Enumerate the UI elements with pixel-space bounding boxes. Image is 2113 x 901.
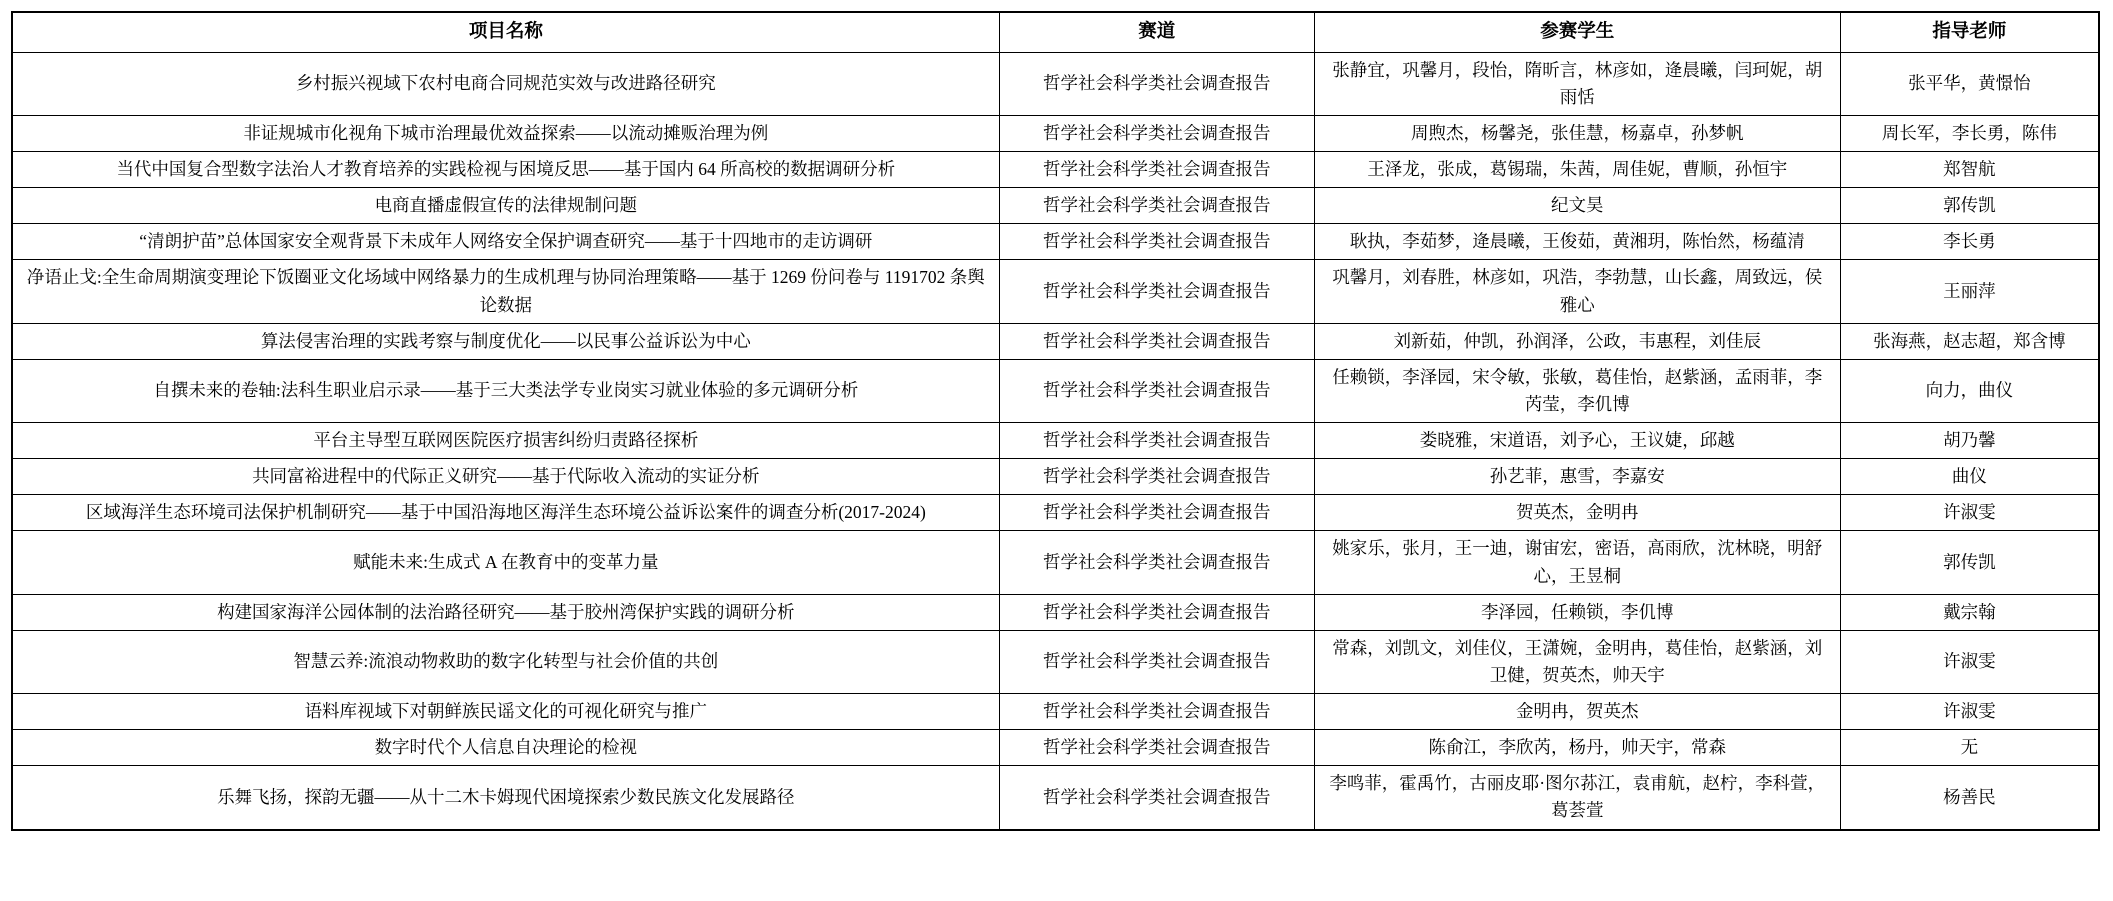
teachers-cell: 许淑雯 bbox=[1840, 630, 2099, 693]
table-row: 共同富裕进程中的代际正义研究——基于代际收入流动的实证分析 哲学社会科学类社会调… bbox=[12, 459, 2099, 495]
column-header-track: 赛道 bbox=[999, 12, 1314, 52]
competition-results-table: 项目名称 赛道 参赛学生 指导老师 乡村振兴视域下农村电商合同规范实效与改进路径… bbox=[11, 11, 2100, 831]
students-cell: 巩馨月，刘春胜，林彦如，巩浩，李勃慧，山长鑫，周致远，侯雅心 bbox=[1314, 260, 1840, 323]
teachers-cell: 郑智航 bbox=[1840, 152, 2099, 188]
column-header-project: 项目名称 bbox=[12, 12, 999, 52]
students-cell: 孙艺菲，惠雪，李嘉安 bbox=[1314, 459, 1840, 495]
teachers-cell: 杨善民 bbox=[1840, 766, 2099, 830]
teachers-cell: 李长勇 bbox=[1840, 224, 2099, 260]
table-row: 智慧云养:流浪动物救助的数字化转型与社会价值的共创 哲学社会科学类社会调查报告 … bbox=[12, 630, 2099, 693]
track-cell: 哲学社会科学类社会调查报告 bbox=[999, 52, 1314, 115]
project-name-cell: 数字时代个人信息自决理论的检视 bbox=[12, 730, 999, 766]
track-cell: 哲学社会科学类社会调查报告 bbox=[999, 323, 1314, 359]
table-row: 电商直播虚假宣传的法律规制问题 哲学社会科学类社会调查报告 纪文昊 郭传凯 bbox=[12, 188, 2099, 224]
table-body: 乡村振兴视域下农村电商合同规范实效与改进路径研究 哲学社会科学类社会调查报告 张… bbox=[12, 52, 2099, 829]
track-cell: 哲学社会科学类社会调查报告 bbox=[999, 359, 1314, 422]
track-cell: 哲学社会科学类社会调查报告 bbox=[999, 423, 1314, 459]
table-row: 区域海洋生态环境司法保护机制研究——基于中国沿海地区海洋生态环境公益诉讼案件的调… bbox=[12, 495, 2099, 531]
header-row: 项目名称 赛道 参赛学生 指导老师 bbox=[12, 12, 2099, 52]
table-row: 平台主导型互联网医院医疗损害纠纷归责路径探析 哲学社会科学类社会调查报告 娄晓雅… bbox=[12, 423, 2099, 459]
teachers-cell: 戴宗翰 bbox=[1840, 594, 2099, 630]
table-row: 乡村振兴视域下农村电商合同规范实效与改进路径研究 哲学社会科学类社会调查报告 张… bbox=[12, 52, 2099, 115]
column-header-students: 参赛学生 bbox=[1314, 12, 1840, 52]
students-cell: 王泽龙，张成，葛锡瑞，朱茜，周佳妮，曹顺，孙恒宇 bbox=[1314, 152, 1840, 188]
track-cell: 哲学社会科学类社会调查报告 bbox=[999, 260, 1314, 323]
table-row: 赋能未来:生成式 A 在教育中的变革力量 哲学社会科学类社会调查报告 姚家乐，张… bbox=[12, 531, 2099, 594]
project-name-cell: 电商直播虚假宣传的法律规制问题 bbox=[12, 188, 999, 224]
students-cell: 陈俞江，李欣芮，杨丹，帅天宇，常森 bbox=[1314, 730, 1840, 766]
track-cell: 哲学社会科学类社会调查报告 bbox=[999, 531, 1314, 594]
teachers-cell: 胡乃馨 bbox=[1840, 423, 2099, 459]
track-cell: 哲学社会科学类社会调查报告 bbox=[999, 730, 1314, 766]
table-row: 算法侵害治理的实践考察与制度优化——以民事公益诉讼为中心 哲学社会科学类社会调查… bbox=[12, 323, 2099, 359]
project-name-cell: 平台主导型互联网医院医疗损害纠纷归责路径探析 bbox=[12, 423, 999, 459]
teachers-cell: 郭传凯 bbox=[1840, 531, 2099, 594]
project-name-cell: 乡村振兴视域下农村电商合同规范实效与改进路径研究 bbox=[12, 52, 999, 115]
teachers-cell: 张海燕，赵志超，郑含博 bbox=[1840, 323, 2099, 359]
project-name-cell: “清朗护苗”总体国家安全观背景下未成年人网络安全保护调查研究——基于十四地市的走… bbox=[12, 224, 999, 260]
project-name-cell: 自撰未来的卷轴:法科生职业启示录——基于三大类法学专业岗实习就业体验的多元调研分… bbox=[12, 359, 999, 422]
table-row: “清朗护苗”总体国家安全观背景下未成年人网络安全保护调查研究——基于十四地市的走… bbox=[12, 224, 2099, 260]
teachers-cell: 郭传凯 bbox=[1840, 188, 2099, 224]
students-cell: 李泽园，任赖锁，李仉博 bbox=[1314, 594, 1840, 630]
students-cell: 李鸣菲，霍禹竹，古丽皮耶·图尔荪江，袁甫航，赵柠，李科萱，葛荟萱 bbox=[1314, 766, 1840, 830]
table-row: 数字时代个人信息自决理论的检视 哲学社会科学类社会调查报告 陈俞江，李欣芮，杨丹… bbox=[12, 730, 2099, 766]
project-name-cell: 共同富裕进程中的代际正义研究——基于代际收入流动的实证分析 bbox=[12, 459, 999, 495]
students-cell: 贺英杰，金明冉 bbox=[1314, 495, 1840, 531]
project-name-cell: 构建国家海洋公园体制的法治路径研究——基于胶州湾保护实践的调研分析 bbox=[12, 594, 999, 630]
teachers-cell: 曲仪 bbox=[1840, 459, 2099, 495]
students-cell: 张静宜，巩馨月，段怡，隋昕言，林彦如，逄晨曦，闫珂妮，胡雨恬 bbox=[1314, 52, 1840, 115]
project-name-cell: 净语止戈:全生命周期演变理论下饭圈亚文化场域中网络暴力的生成机理与协同治理策略—… bbox=[12, 260, 999, 323]
table-row: 净语止戈:全生命周期演变理论下饭圈亚文化场域中网络暴力的生成机理与协同治理策略—… bbox=[12, 260, 2099, 323]
track-cell: 哲学社会科学类社会调查报告 bbox=[999, 115, 1314, 151]
track-cell: 哲学社会科学类社会调查报告 bbox=[999, 188, 1314, 224]
teachers-cell: 王丽萍 bbox=[1840, 260, 2099, 323]
track-cell: 哲学社会科学类社会调查报告 bbox=[999, 694, 1314, 730]
teachers-cell: 周长军，李长勇，陈伟 bbox=[1840, 115, 2099, 151]
track-cell: 哲学社会科学类社会调查报告 bbox=[999, 594, 1314, 630]
project-name-cell: 乐舞飞扬，探韵无疆——从十二木卡姆现代困境探索少数民族文化发展路径 bbox=[12, 766, 999, 830]
track-cell: 哲学社会科学类社会调查报告 bbox=[999, 152, 1314, 188]
students-cell: 金明冉，贺英杰 bbox=[1314, 694, 1840, 730]
project-name-cell: 智慧云养:流浪动物救助的数字化转型与社会价值的共创 bbox=[12, 630, 999, 693]
students-cell: 常森，刘凯文，刘佳仪，王潇婉，金明冉，葛佳怡，赵紫涵，刘卫健，贺英杰，帅天宇 bbox=[1314, 630, 1840, 693]
students-cell: 纪文昊 bbox=[1314, 188, 1840, 224]
table-row: 语料库视域下对朝鲜族民谣文化的可视化研究与推广 哲学社会科学类社会调查报告 金明… bbox=[12, 694, 2099, 730]
table-row: 自撰未来的卷轴:法科生职业启示录——基于三大类法学专业岗实习就业体验的多元调研分… bbox=[12, 359, 2099, 422]
table-row: 非证规城市化视角下城市治理最优效益探索——以流动摊贩治理为例 哲学社会科学类社会… bbox=[12, 115, 2099, 151]
track-cell: 哲学社会科学类社会调查报告 bbox=[999, 630, 1314, 693]
document-page: 项目名称 赛道 参赛学生 指导老师 乡村振兴视域下农村电商合同规范实效与改进路径… bbox=[0, 0, 2113, 901]
column-header-teachers: 指导老师 bbox=[1840, 12, 2099, 52]
table-row: 当代中国复合型数字法治人才教育培养的实践检视与困境反思——基于国内 64 所高校… bbox=[12, 152, 2099, 188]
project-name-cell: 语料库视域下对朝鲜族民谣文化的可视化研究与推广 bbox=[12, 694, 999, 730]
table-row: 构建国家海洋公园体制的法治路径研究——基于胶州湾保护实践的调研分析 哲学社会科学… bbox=[12, 594, 2099, 630]
track-cell: 哲学社会科学类社会调查报告 bbox=[999, 224, 1314, 260]
table-row: 乐舞飞扬，探韵无疆——从十二木卡姆现代困境探索少数民族文化发展路径 哲学社会科学… bbox=[12, 766, 2099, 830]
project-name-cell: 区域海洋生态环境司法保护机制研究——基于中国沿海地区海洋生态环境公益诉讼案件的调… bbox=[12, 495, 999, 531]
track-cell: 哲学社会科学类社会调查报告 bbox=[999, 766, 1314, 830]
teachers-cell: 许淑雯 bbox=[1840, 495, 2099, 531]
students-cell: 任赖锁，李泽园，宋令敏，张敏，葛佳怡，赵紫涵，孟雨菲，李芮莹，李仉博 bbox=[1314, 359, 1840, 422]
teachers-cell: 无 bbox=[1840, 730, 2099, 766]
students-cell: 娄晓雅，宋道语，刘予心，王议婕，邱越 bbox=[1314, 423, 1840, 459]
project-name-cell: 非证规城市化视角下城市治理最优效益探索——以流动摊贩治理为例 bbox=[12, 115, 999, 151]
teachers-cell: 许淑雯 bbox=[1840, 694, 2099, 730]
project-name-cell: 赋能未来:生成式 A 在教育中的变革力量 bbox=[12, 531, 999, 594]
project-name-cell: 算法侵害治理的实践考察与制度优化——以民事公益诉讼为中心 bbox=[12, 323, 999, 359]
teachers-cell: 张平华，黄憬怡 bbox=[1840, 52, 2099, 115]
students-cell: 刘新茹，仲凯，孙润泽，公政，韦惠程，刘佳辰 bbox=[1314, 323, 1840, 359]
students-cell: 耿执，李茹梦，逄晨曦，王俊茹，黄湘玥，陈怡然，杨蕴清 bbox=[1314, 224, 1840, 260]
table-header: 项目名称 赛道 参赛学生 指导老师 bbox=[12, 12, 2099, 52]
project-name-cell: 当代中国复合型数字法治人才教育培养的实践检视与困境反思——基于国内 64 所高校… bbox=[12, 152, 999, 188]
track-cell: 哲学社会科学类社会调查报告 bbox=[999, 459, 1314, 495]
track-cell: 哲学社会科学类社会调查报告 bbox=[999, 495, 1314, 531]
students-cell: 姚家乐，张月，王一迪，谢宙宏，密语，高雨欣，沈林晓，明舒心，王昱桐 bbox=[1314, 531, 1840, 594]
teachers-cell: 向力，曲仪 bbox=[1840, 359, 2099, 422]
students-cell: 周煦杰，杨馨尧，张佳慧，杨嘉卓，孙梦帆 bbox=[1314, 115, 1840, 151]
